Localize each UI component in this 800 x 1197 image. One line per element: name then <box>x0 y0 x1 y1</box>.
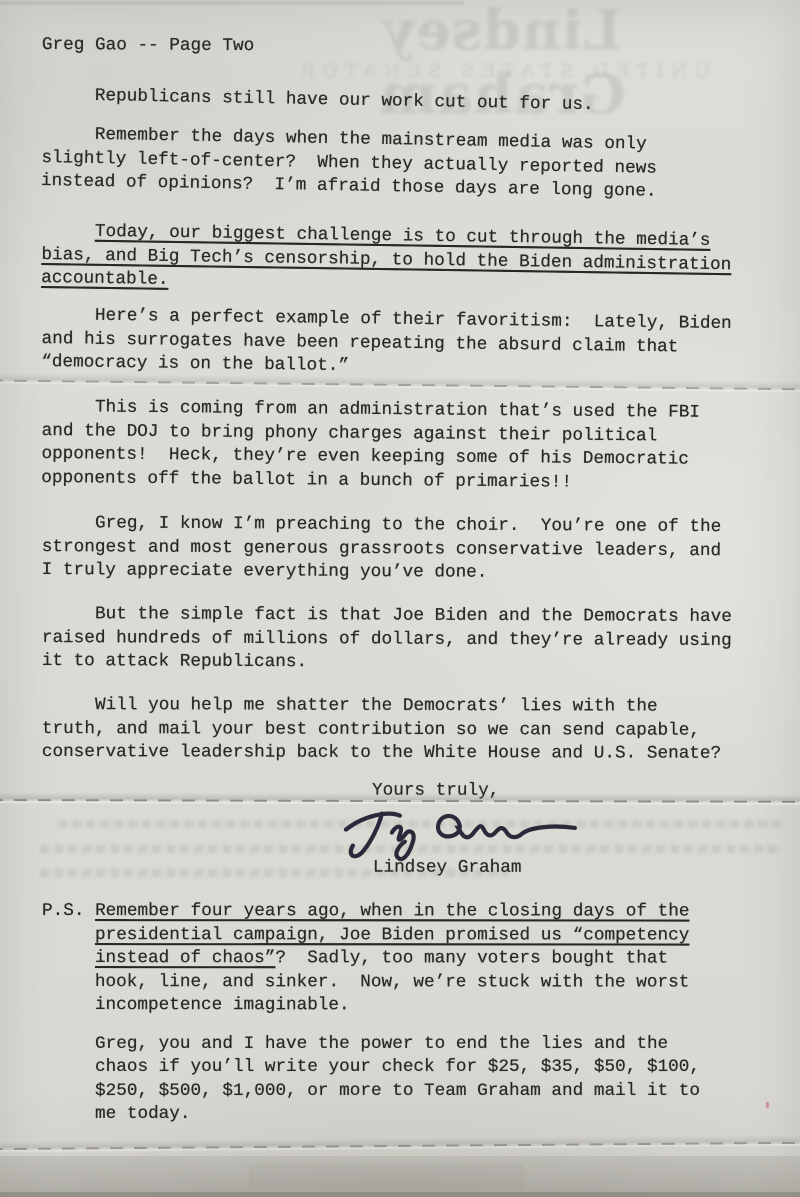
paragraph-fbi-doj: This is coming from an administration th… <box>41 396 800 497</box>
ps-paragraph-1: P.S. Remember four years ago, when in th… <box>42 900 800 1018</box>
closing-block: Yours truly, Lindsey Graham <box>42 779 800 880</box>
paragraph-indent <box>42 220 95 241</box>
paragraph-favoritism-example: Here’s a perfect example of their favori… <box>41 304 800 384</box>
paragraph-republicans-work: Republicans still have our work cut out … <box>42 84 800 121</box>
page-header: Greg Gao -- Page Two <box>42 34 800 61</box>
letter-content: Greg Gao -- Page Two Republicans still h… <box>0 0 800 1127</box>
signature-image <box>342 806 580 866</box>
ps-paragraph-2: Greg, you and I have the power to end th… <box>42 1033 800 1127</box>
valediction: Yours truly, <box>372 780 800 804</box>
paragraph-biggest-challenge-underlined: Today, our biggest challenge is to cut t… <box>41 220 800 302</box>
underlined-text: Today, our biggest challenge is to cut t… <box>41 221 732 289</box>
ps-after-underline: ? Sadly, too many voters bought that <box>275 948 668 968</box>
bleedthrough-smudge <box>250 1166 522 1186</box>
scan-bottom-edge-shadow <box>0 1192 800 1197</box>
paragraph-democrats-fundraising: But the simple fact is that Joe Biden an… <box>42 603 800 677</box>
paragraph-help-shatter-lies: Will you help me shatter the Democrats’ … <box>42 694 800 766</box>
ps-label: P.S. <box>42 901 95 921</box>
paragraph-preaching-to-choir: Greg, I know I’m preaching to the choir.… <box>42 512 800 587</box>
paragraph-mainstream-media: Remember the days when the mainstream me… <box>41 123 800 207</box>
scanned-letter-page: Lindsey Graham UNITED STATES SENATOR Gre… <box>0 0 800 1197</box>
ps-continuation: hook, line, and sinker. Now, we’re stuck… <box>95 972 689 1016</box>
fold-crease-bottom <box>0 1135 800 1153</box>
